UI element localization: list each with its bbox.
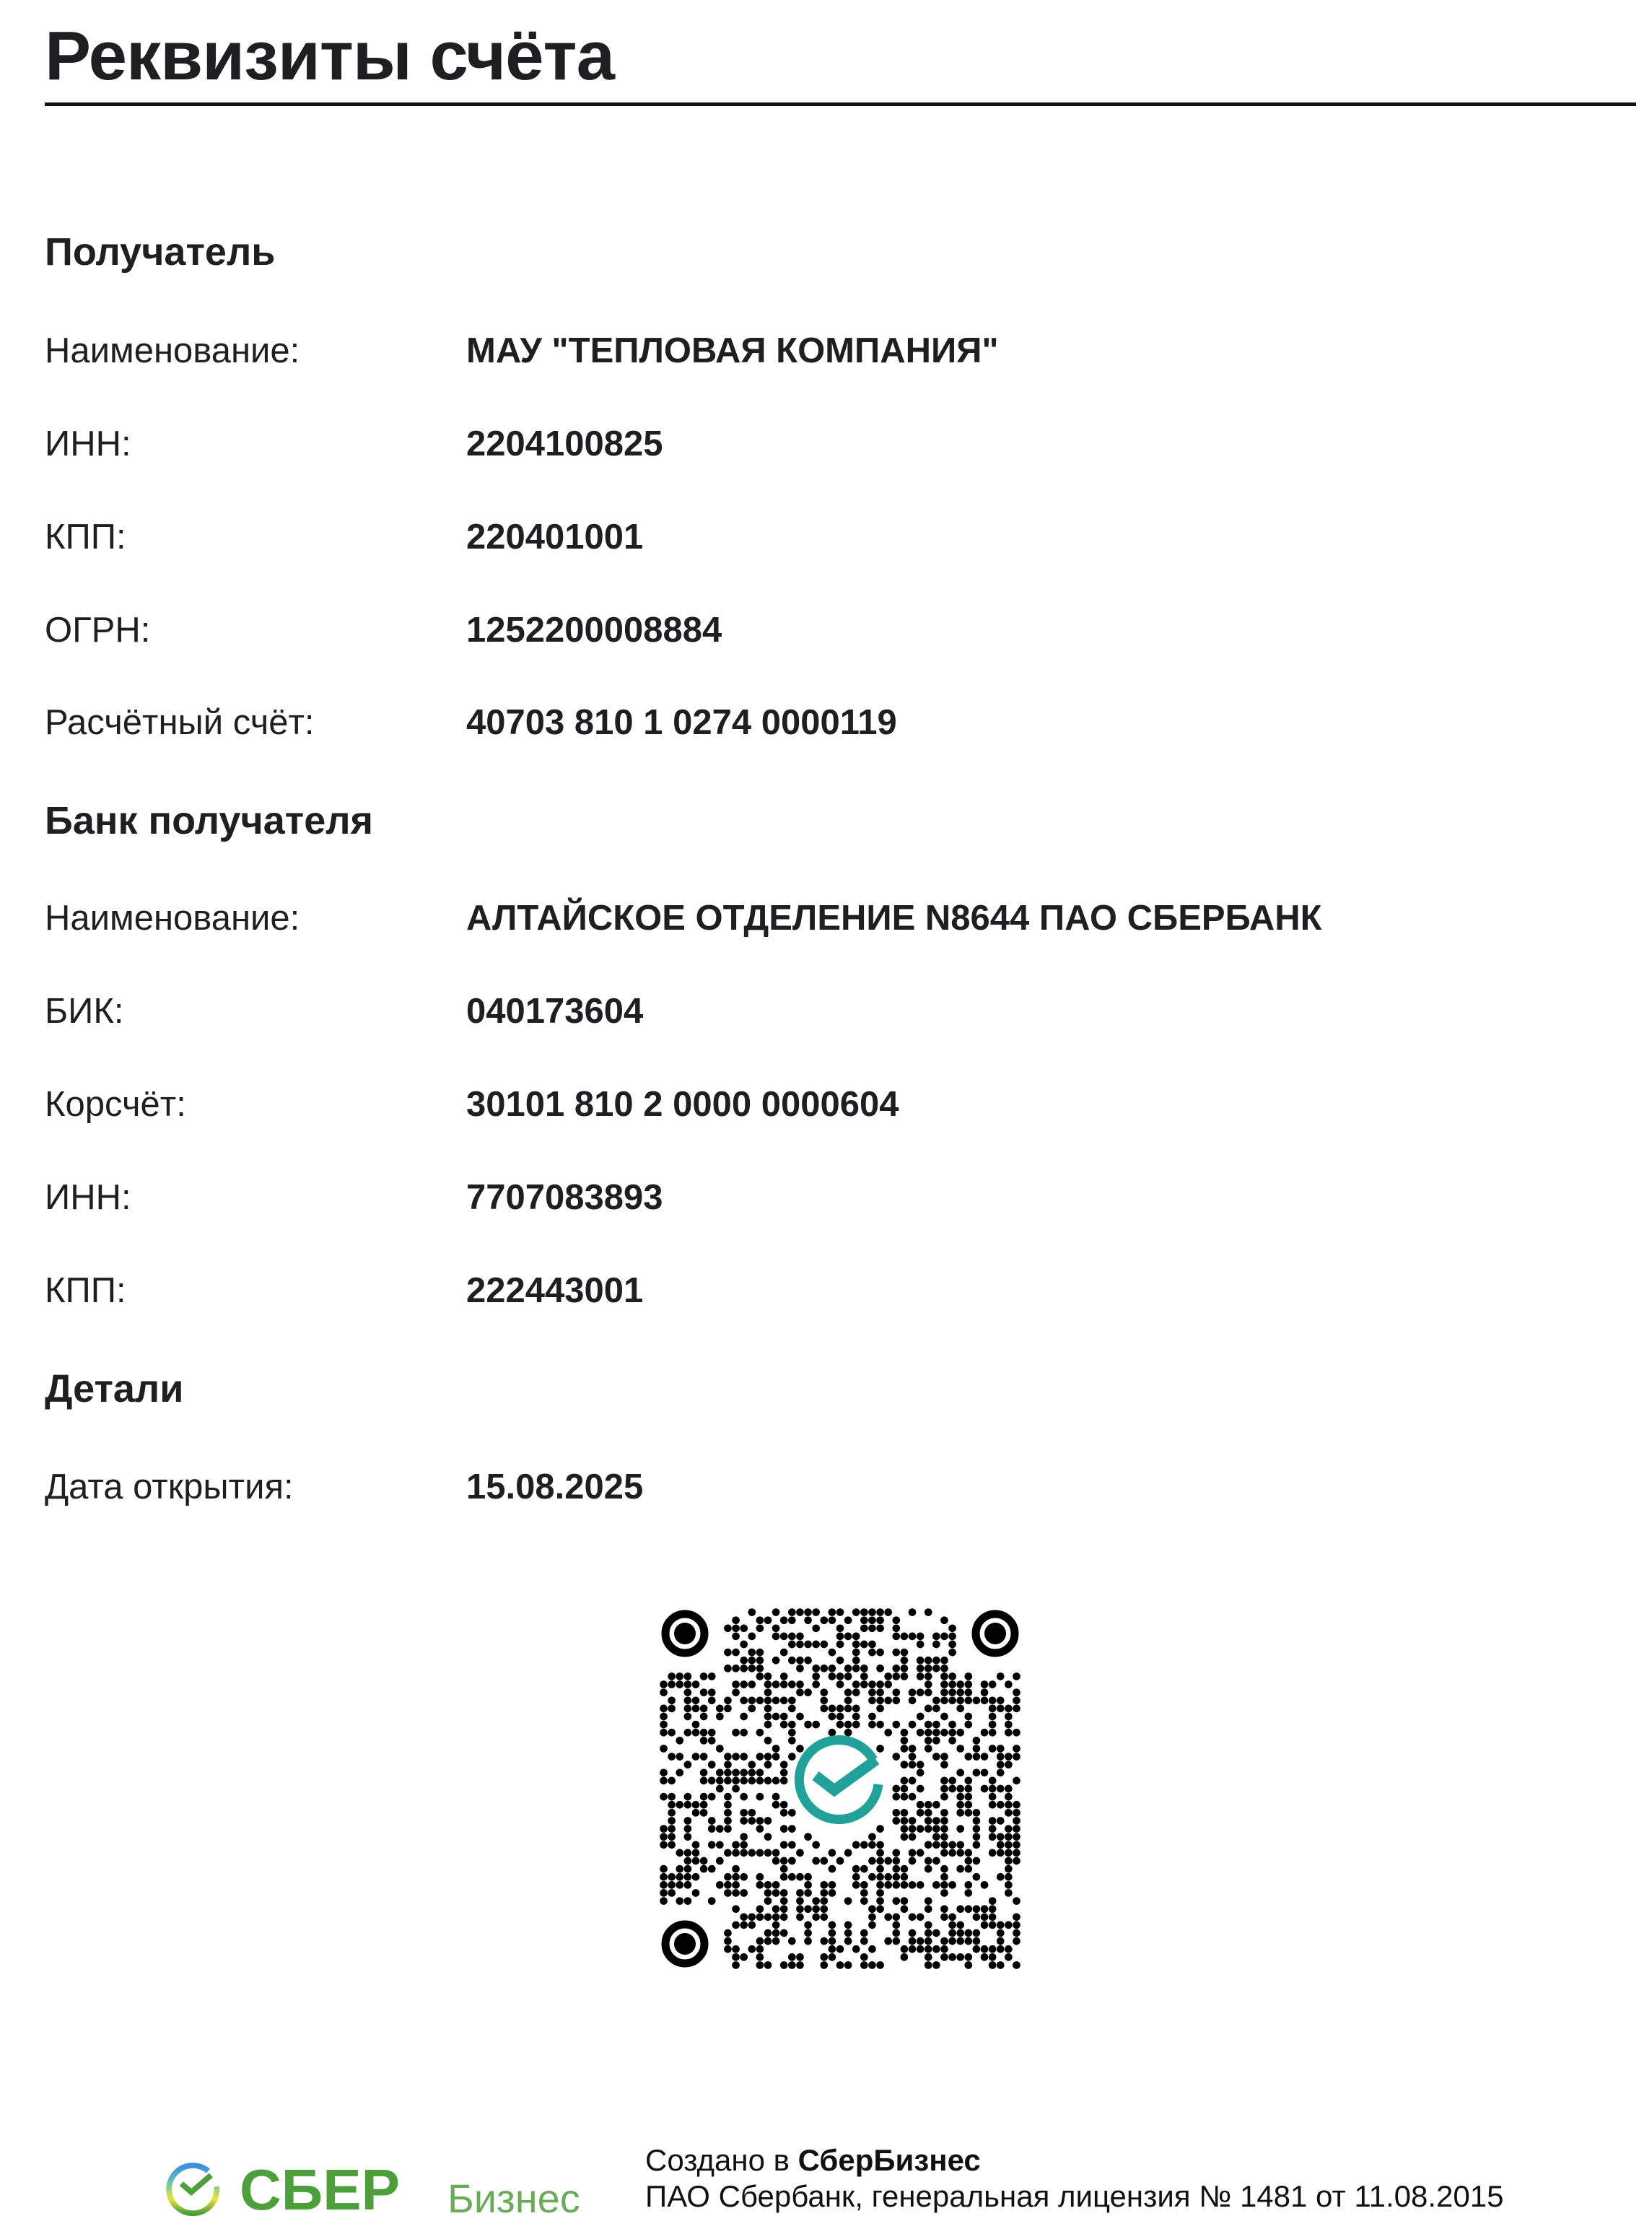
field-value: 040173604 <box>466 994 643 1029</box>
field-label: Дата открытия: <box>45 1470 294 1505</box>
recipient-row-kpp: КПП: 220401001 <box>45 520 1604 563</box>
section-heading-bank: Банк получателя <box>45 801 373 840</box>
field-value: 30101 810 2 0000 0000604 <box>466 1087 899 1122</box>
title-divider <box>45 102 1636 106</box>
field-label: БИК: <box>45 994 124 1029</box>
bank-row-name: Наименование: АЛТАЙСКОЕ ОТДЕЛЕНИЕ N8644 … <box>45 901 1604 944</box>
payment-qr-code <box>660 1608 1021 1969</box>
bank-row-inn: ИНН: 7707083893 <box>45 1180 1604 1223</box>
field-value: 2204100825 <box>466 427 663 462</box>
field-value: 220401001 <box>466 520 643 555</box>
field-label: КПП: <box>45 520 126 555</box>
field-label: Наименование: <box>45 333 300 369</box>
field-label: Корсчёт: <box>45 1087 186 1122</box>
field-label: ОГРН: <box>45 613 150 648</box>
created-in-line: Создано в СберБизнес <box>645 2142 1503 2178</box>
field-label: ИНН: <box>45 427 131 462</box>
bank-row-corr-account: Корсчёт: 30101 810 2 0000 0000604 <box>45 1087 1604 1130</box>
field-value: 40703 810 1 0274 0000119 <box>466 705 897 741</box>
recipient-row-inn: ИНН: 2204100825 <box>45 427 1604 470</box>
field-label: КПП: <box>45 1273 126 1309</box>
field-value: МАУ "ТЕПЛОВАЯ КОМПАНИЯ" <box>466 333 999 369</box>
recipient-row-ogrn: ОГРН: 1252200008884 <box>45 613 1604 656</box>
field-label: Наименование: <box>45 901 300 936</box>
sber-business-logo: СБЕР Бизнес <box>165 2160 598 2216</box>
recipient-row-name: Наименование: МАУ "ТЕПЛОВАЯ КОМПАНИЯ" <box>45 333 1604 377</box>
recipient-row-account: Расчётный счёт: 40703 810 1 0274 0000119 <box>45 705 1604 749</box>
field-value: 7707083893 <box>466 1180 663 1216</box>
page-title: Реквизиты счёта <box>45 22 614 91</box>
section-heading-details: Детали <box>45 1369 183 1408</box>
logo-sber-text: СБЕР <box>240 2161 400 2216</box>
details-row-open-date: Дата открытия: 15.08.2025 <box>45 1470 1604 1513</box>
license-line: ПАО Сбербанк, генеральная лицензия № 148… <box>645 2178 1503 2215</box>
field-value: 15.08.2025 <box>466 1470 643 1505</box>
field-value: 1252200008884 <box>466 613 722 648</box>
logo-business-text: Бизнес <box>447 2178 580 2216</box>
field-label: Расчётный счёт: <box>45 705 315 741</box>
footer-info: Создано в СберБизнес ПАО Сбербанк, генер… <box>645 2142 1503 2215</box>
field-value: 222443001 <box>466 1273 643 1309</box>
created-brand: СберБизнес <box>798 2143 981 2177</box>
bank-row-kpp: КПП: 222443001 <box>45 1273 1604 1317</box>
section-heading-recipient: Получатель <box>45 232 275 271</box>
created-prefix: Создано в <box>645 2143 798 2177</box>
field-label: ИНН: <box>45 1180 131 1216</box>
sber-logo-icon <box>165 2161 221 2216</box>
bank-row-bik: БИК: 040173604 <box>45 994 1604 1037</box>
field-value: АЛТАЙСКОЕ ОТДЕЛЕНИЕ N8644 ПАО СБЕРБАНК <box>466 901 1322 936</box>
